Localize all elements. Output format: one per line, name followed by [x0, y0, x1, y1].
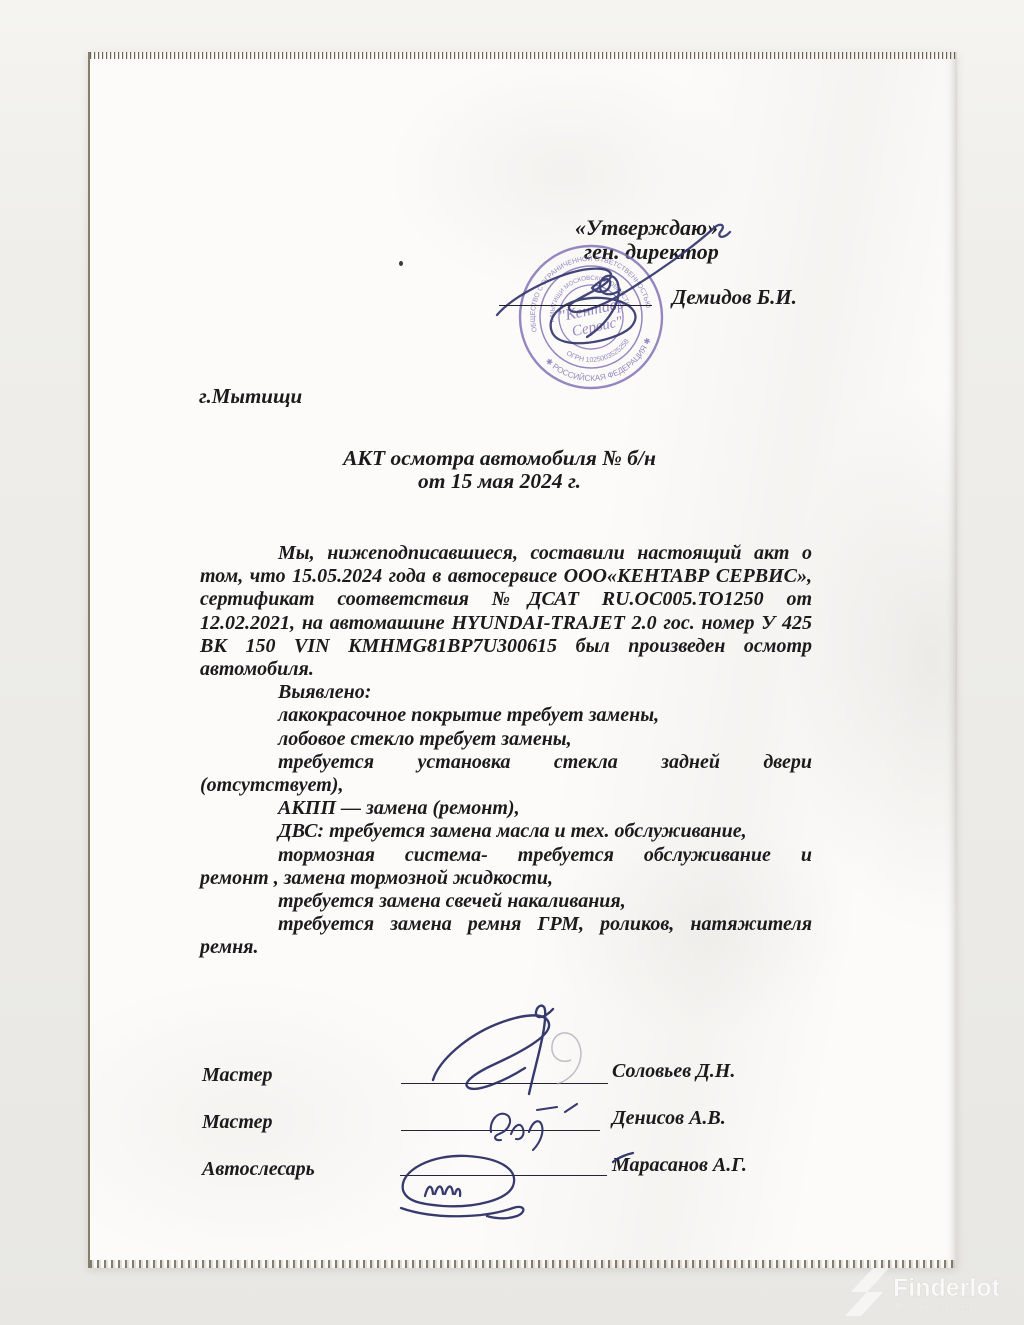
title-line1: АКТ осмотра автомобиля № б/н [66, 447, 933, 470]
finding-line: лобовое стекло требует замены, [200, 728, 812, 751]
company-stamp: ОБЩЕСТВО С ОГРАНИЧЕННОЙ ОТВЕТСТВЕННОСТЬЮ… [506, 232, 676, 402]
finderlot-watermark: Finderlot Все торги по банкротству [843, 1266, 1021, 1318]
signature-line [401, 1081, 608, 1084]
watermark-tagline: Все торги по банкротству [895, 1302, 1001, 1311]
scan-speck [399, 261, 403, 266]
finding-line: лакокрасочное покрытие требует замены, [200, 704, 812, 727]
master1-signature [425, 1000, 620, 1100]
signatory-role: Автослесарь [202, 1158, 315, 1181]
scan-edge-top [90, 52, 957, 59]
stamp-outer-bottom-text: ✱ РОССИЙСКАЯ ФЕДЕРАЦИЯ ✱ [543, 335, 660, 393]
finding-line: тормозная система- требуется обслуживани… [200, 844, 812, 867]
scanned-document-background: «Утверждаю» ген. директор ОБЩЕСТВО С ОГР… [0, 0, 1024, 1325]
finding-line: требуется замена ремня ГРМ, роликов, нат… [200, 913, 812, 936]
signature-line [400, 1173, 607, 1176]
body-paragraph: Мы, нижеподписавшиеся, составили настоящ… [200, 542, 812, 681]
signatory-name: Соловьев Д.Н. [612, 1060, 735, 1083]
signatory-role: Мастер [202, 1111, 273, 1134]
finding-line: ремонт , замена тормозной жидкости, [200, 867, 812, 890]
city-label: г.Мытищи [199, 384, 302, 409]
finding-line: ремня. [200, 936, 812, 959]
mechanic-signature [385, 1146, 645, 1246]
signatory-name: Марасанов А.Г. [612, 1154, 747, 1177]
scan-edge-bottom [90, 1260, 957, 1268]
finding-line: АКПП — замена (ремонт), [200, 797, 812, 820]
watermark-brand: Finderlot [893, 1274, 1001, 1302]
document-page: «Утверждаю» ген. директор ОБЩЕСТВО С ОГР… [88, 52, 957, 1268]
document-body: Мы, нижеподписавшиеся, составили настоящ… [200, 542, 812, 960]
finderlot-logo-icon: Finderlot Все торги по банкротству [843, 1266, 1021, 1318]
document-title: АКТ осмотра автомобиля № б/н от 15 мая 2… [66, 447, 933, 493]
finding-line: требуется замена свечей накаливания, [200, 890, 812, 913]
finding-line: ДВС: требуется замена масла и тех. обслу… [200, 820, 812, 843]
director-signature-line [499, 289, 652, 306]
finding-line: (отсутствует), [200, 774, 812, 797]
findings-heading: Выявлено: [200, 681, 812, 704]
signature-line [401, 1128, 600, 1131]
signatory-name: Денисов А.В. [612, 1107, 726, 1130]
finding-line: требуется установка стекла задней двери [200, 751, 812, 774]
director-name: Демидов Б.И. [672, 285, 797, 310]
title-line2: от 15 мая 2024 г. [66, 470, 933, 493]
master2-signature [485, 1100, 585, 1152]
signatory-role: Мастер [202, 1064, 273, 1087]
